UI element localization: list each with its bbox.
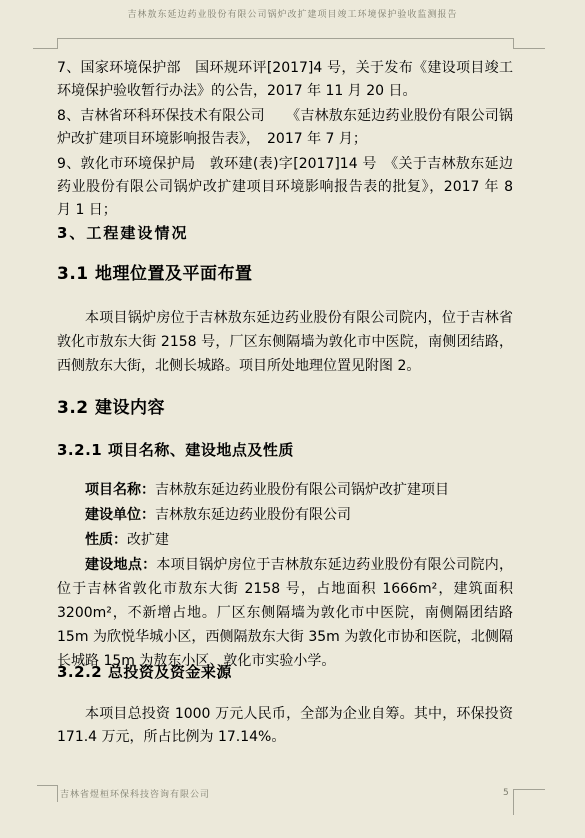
crop-mark-top-right-tick (513, 48, 545, 49)
detail-row-project-name: 项目名称：吉林敖东延边药业股份有限公司锅炉改扩建项目 (57, 479, 513, 502)
section-3-1-paragraph: 本项目锅炉房位于吉林敖东延边药业股份有限公司院内，位于吉林省敦化市敖东大街 21… (57, 306, 513, 378)
owner-label: 建设单位： (85, 507, 155, 523)
text-boundary-top-line (57, 38, 513, 39)
nature-label: 性质： (85, 532, 127, 548)
owner-value: 吉林敖东延边药业股份有限公司 (155, 507, 351, 523)
detail-row-nature: 性质：改扩建 (57, 529, 513, 552)
crop-mark-top-left-tick (33, 48, 57, 49)
location-value: 本项目锅炉房位于吉林敖东延边药业股份有限公司院内，位于吉林省敦化市敖东大街 21… (57, 557, 513, 669)
crop-mark-bottom-left-tick (37, 785, 57, 786)
section-3-1-heading: 3.1 地理位置及平面布置 (57, 259, 513, 284)
section-3-2-2-paragraph: 本项目总投资 1000 万元人民币，全部为企业自筹。其中，环保投资 171.4 … (57, 703, 513, 749)
project-name-label: 项目名称： (85, 482, 155, 498)
detail-row-owner: 建设单位：吉林敖东延边药业股份有限公司 (57, 504, 513, 527)
crop-mark-bottom-right-vertical (513, 789, 514, 815)
section-3-2-1-heading: 3.2.1 项目名称、建设地点及性质 (57, 439, 513, 460)
reference-item-7: 7、国家环境保护部 国环规环评[2017]4 号，关于发布《建设项目竣工环境保护… (57, 57, 513, 103)
page-number: 5 (503, 788, 509, 798)
document-page: 吉林敖东延边药业股份有限公司锅炉改扩建项目竣工环境保护验收监测报告 7、国家环境… (0, 0, 585, 838)
nature-value: 改扩建 (127, 532, 169, 548)
detail-row-location: 建设地点：本项目锅炉房位于吉林敖东延边药业股份有限公司院内，位于吉林省敦化市敖东… (57, 553, 513, 673)
section-3-2-heading: 3.2 建设内容 (57, 393, 513, 418)
section-3-2-2-heading: 3.2.2 总投资及资金来源 (57, 661, 513, 682)
reference-item-9: 9、敦化市环境保护局 敦环建(表)字[2017]14 号 《关于吉林敖东延边药业… (57, 153, 513, 222)
page-header-title: 吉林敖东延边药业股份有限公司锅炉改扩建项目竣工环境保护验收监测报告 (0, 7, 585, 20)
reference-item-8: 8、吉林省环科环保技术有限公司 《吉林敖东延边药业股份有限公司锅炉改扩建项目环境… (57, 105, 513, 151)
footer-company-name: 吉林省煜桓环保科技咨询有限公司 (60, 787, 210, 800)
crop-mark-top-left-vertical (57, 38, 58, 49)
section-3-heading: 3、工程建设情况 (57, 222, 513, 243)
crop-mark-bottom-right-tick (513, 789, 545, 790)
project-name-value: 吉林敖东延边药业股份有限公司锅炉改扩建项目 (155, 482, 449, 498)
location-label: 建设地点： (85, 557, 156, 573)
crop-mark-bottom-left-vertical (57, 785, 58, 802)
